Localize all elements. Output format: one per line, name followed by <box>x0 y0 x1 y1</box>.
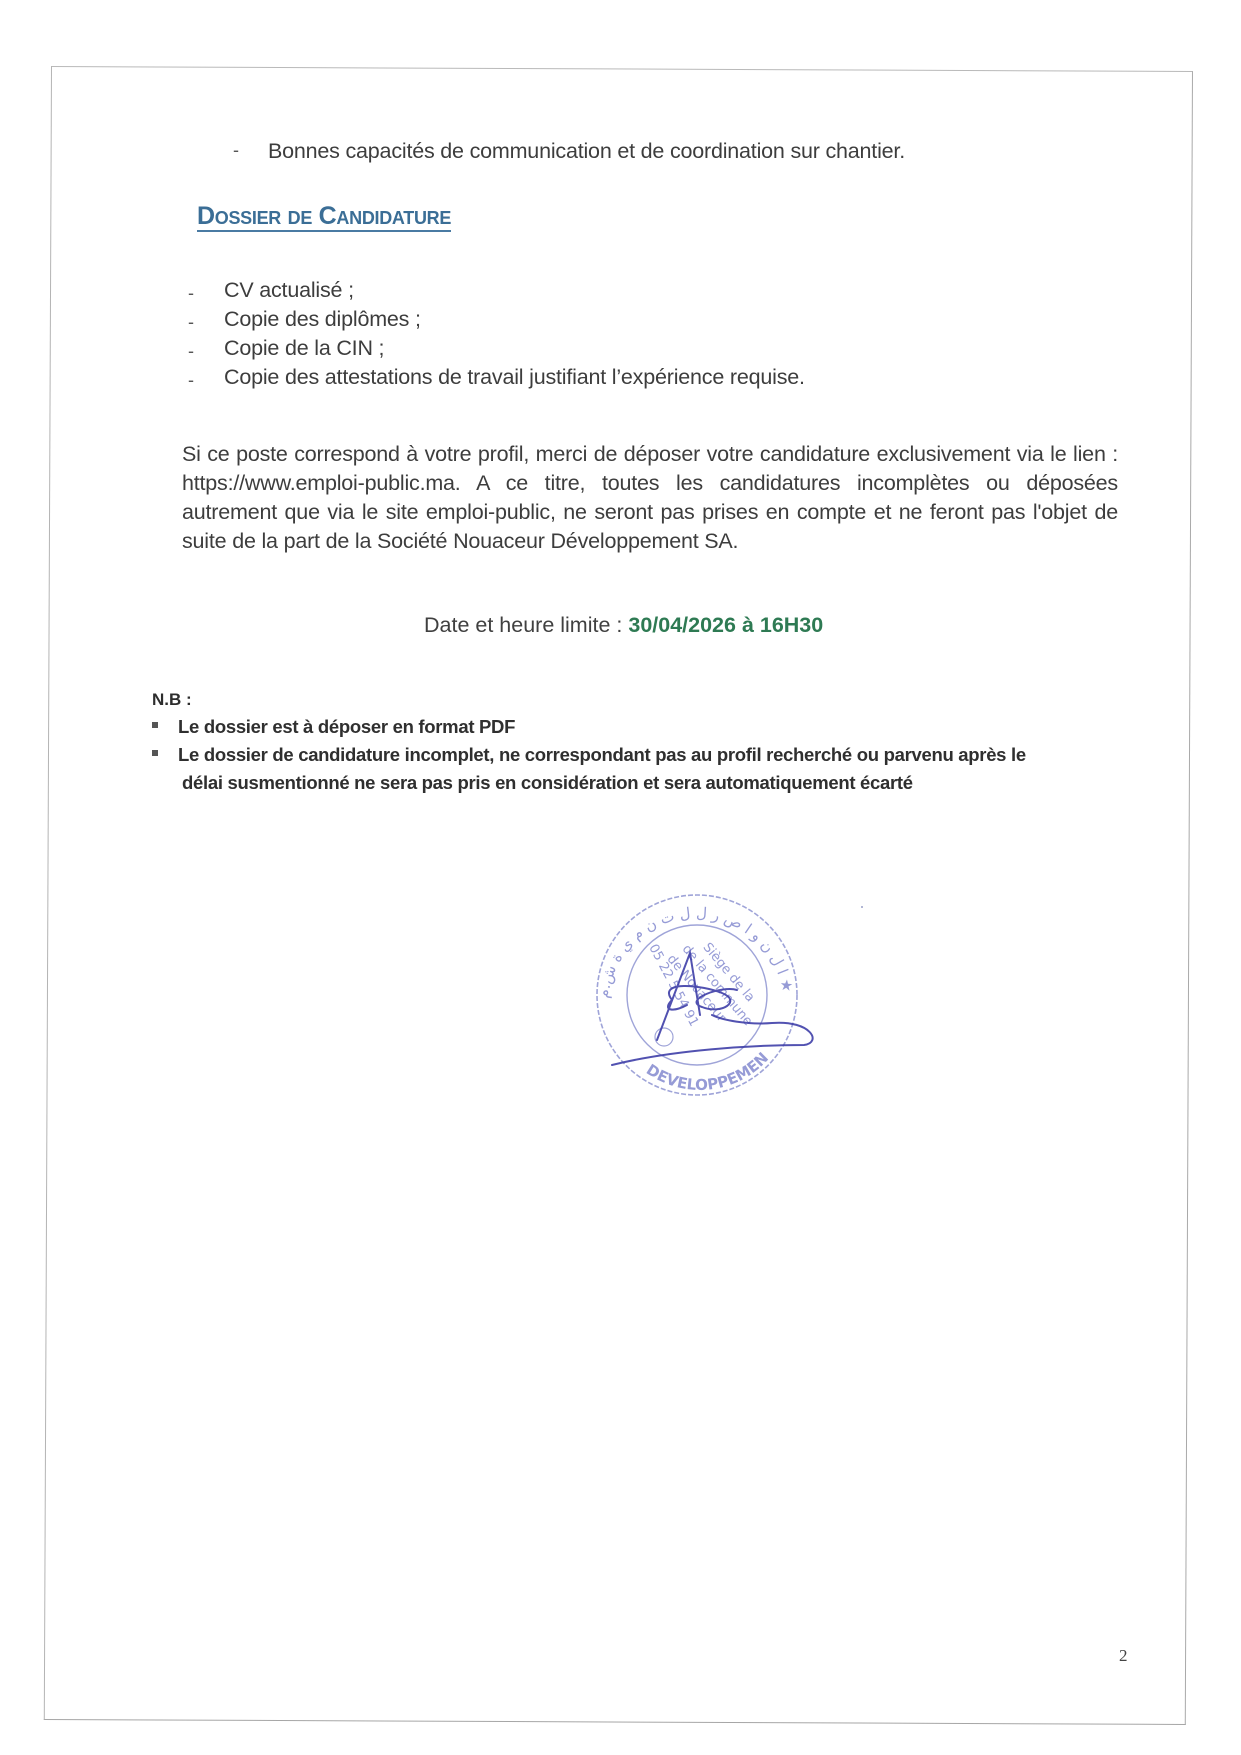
note-text-continued: délai susmentionné ne sera pas pris en c… <box>152 769 1026 797</box>
company-stamp-icon: ا ل ن و ا ص ر ل ل ت ن م ي ة ش.م ★ DEVELO… <box>572 875 822 1115</box>
bullet-dash: - <box>233 140 239 161</box>
application-instructions: Si ce poste correspond à votre profil, m… <box>182 440 1118 556</box>
list-item: Copie des diplômes ; <box>224 305 421 334</box>
note-item: Le dossier de candidature incomplet, ne … <box>152 741 1026 797</box>
notes-title: N.B : <box>152 690 192 710</box>
note-item: Le dossier est à déposer en format PDF <box>152 713 515 741</box>
list-item: Copie des attestations de travail justif… <box>224 363 805 392</box>
skill-item: Bonnes capacités de communication et de … <box>268 137 905 166</box>
list-item: CV actualisé ; <box>224 276 354 305</box>
bullet-dash: - <box>188 283 194 304</box>
deadline: Date et heure limite : 30/04/2026 à 16H3… <box>424 613 823 638</box>
square-bullet-icon <box>152 722 158 728</box>
note-text: Le dossier est à déposer en format PDF <box>178 716 515 737</box>
square-bullet-icon <box>152 750 158 756</box>
deadline-label: Date et heure limite : <box>424 613 628 637</box>
bullet-dash: - <box>188 370 194 391</box>
note-text: Le dossier de candidature incomplet, ne … <box>178 744 1026 765</box>
deadline-value: 30/04/2026 à 16H30 <box>628 613 823 637</box>
bullet-dash: - <box>188 312 194 333</box>
bullet-dash: - <box>188 341 194 362</box>
list-item: Copie de la CIN ; <box>224 334 384 363</box>
section-title: Dossier de Candidature <box>197 203 451 232</box>
scan-speck <box>861 906 863 908</box>
page-number: 2 <box>1119 1646 1128 1666</box>
